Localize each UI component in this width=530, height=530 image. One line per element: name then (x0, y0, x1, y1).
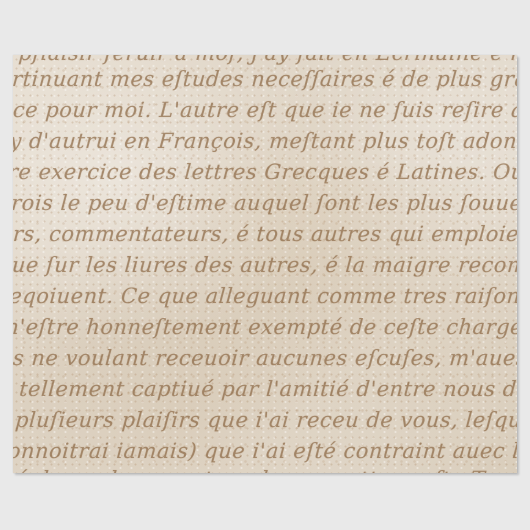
handwriting-line-15: ité de quelques autres de promettre ceſt… (13, 467, 517, 473)
aged-parchment-paper: y pſiaisir feruir à moſ, j'ay ſait en Éc… (13, 55, 517, 473)
handwriting-line-7: urs, commentateurs, é tous autres qui em… (13, 222, 517, 246)
handwriting-line-12: a tellement captiué par l'amitié d'entre… (13, 377, 517, 401)
handwriting-line-10: m'eſtre honneſtement exempté de ceſte ch… (13, 315, 517, 339)
handwriting-line-14: tonnoitrai iamais) que i'ai eſté contrai… (13, 439, 517, 463)
handwriting-line-4: ry d'autrui en François, meſtant plus to… (13, 129, 517, 153)
handwriting-line-13: t pluſieurs plaiſirs que i'ai receu de v… (13, 408, 517, 432)
handwriting-line-9: reqoiuent. Ce que alleguant comme tres r… (13, 284, 517, 308)
handwriting-line-8: eue ſur les liures des autres, é la maig… (13, 253, 517, 277)
handwriting-line-2: ortinuant mes eſtudes neceſſaires é de p… (13, 67, 517, 91)
handwriting-line-5: tre exercice des lettres Grecques é Lati… (13, 160, 517, 184)
handwriting-line-11: us ne voulant receuoir aucunes eſcuſes, … (13, 346, 517, 370)
handwriting-line-3: nce pour moi. L'autre eſt que ie ne ſuis… (13, 98, 517, 122)
handwriting-line-6: crois le peu d'eſtime auquel ſont les pl… (13, 191, 517, 215)
handwriting-line-1: y pſiaisir feruir à moſ, j'ay ſait en Éc… (13, 55, 517, 65)
